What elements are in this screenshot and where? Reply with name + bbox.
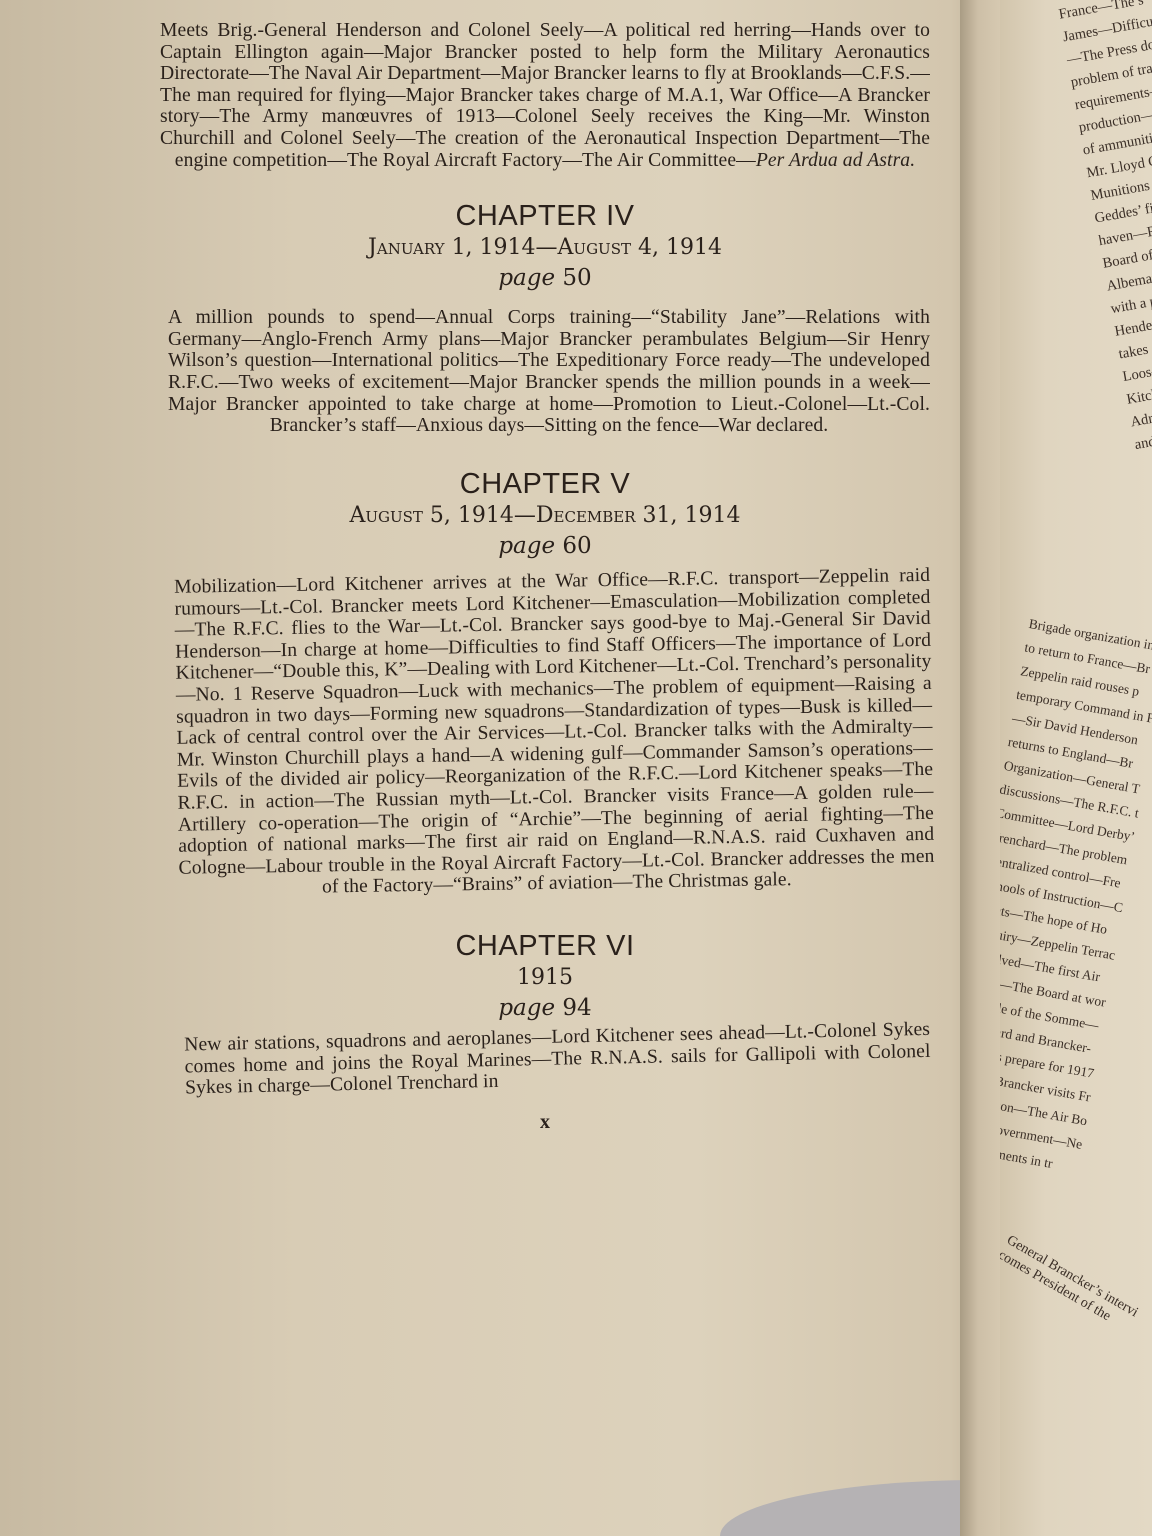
chapter-vi-summary: New air stations, squadrons and aeroplan…	[160, 1018, 931, 1099]
page-curl-shadow	[720, 1480, 980, 1536]
page-label: page	[498, 533, 555, 559]
chapter-title: CHAPTER IV	[160, 199, 930, 233]
right-page-block-3: General Brancker’s intervicomes Presiden…	[1000, 1232, 1141, 1336]
chapter-v-summary: Mobilization—Lord Kitchener arrives at t…	[160, 565, 935, 901]
chapter-iii-summary-continued: Meets Brig.-General Henderson and Colone…	[160, 20, 930, 171]
chapter-dates: 1915	[160, 963, 930, 993]
chapter-title: CHAPTER V	[160, 467, 930, 501]
book-gutter	[960, 0, 1005, 1536]
chapter-title: CHAPTER VI	[160, 929, 930, 963]
chapter-iv-summary: A million pounds to spend—Annual Corps t…	[160, 307, 930, 437]
motto-italic: Per Ardua ad Astra.	[756, 150, 915, 171]
page-number: 94	[562, 995, 591, 1021]
chapter-v-heading: CHAPTER V August 5, 1914—December 31, 19…	[160, 467, 930, 561]
page-folio: x	[160, 1111, 930, 1134]
chapter-page-ref: page 60	[160, 531, 930, 561]
page-label: page	[498, 995, 555, 1021]
page-number: 50	[562, 265, 591, 291]
chapter-dates: January 1, 1914—August 4, 1914	[160, 233, 930, 263]
page-number: 60	[562, 533, 591, 559]
left-book-page: Meets Brig.-General Henderson and Colone…	[0, 0, 990, 1536]
chapter-dates: August 5, 1914—December 31, 1914	[160, 501, 930, 531]
chapter-page-ref: page 94	[160, 993, 930, 1023]
chapter-vi-heading: CHAPTER VI 1915 page 94	[160, 929, 930, 1023]
chapter-page-ref: page 50	[160, 263, 930, 293]
right-page-block-2: Brigade organization in Fto return to Fr…	[1000, 612, 1152, 1181]
summary-text: Meets Brig.-General Henderson and Colone…	[160, 20, 930, 171]
table-of-contents: Meets Brig.-General Henderson and Colone…	[160, 20, 930, 1134]
chapter-iv-heading: CHAPTER IV January 1, 1914—August 4, 191…	[160, 199, 930, 293]
right-page-block-1: France—The sJames—Difficultie—The Press …	[1057, 0, 1152, 457]
page-label: page	[498, 265, 555, 291]
right-book-page: France—The sJames—Difficultie—The Press …	[1000, 0, 1152, 1536]
